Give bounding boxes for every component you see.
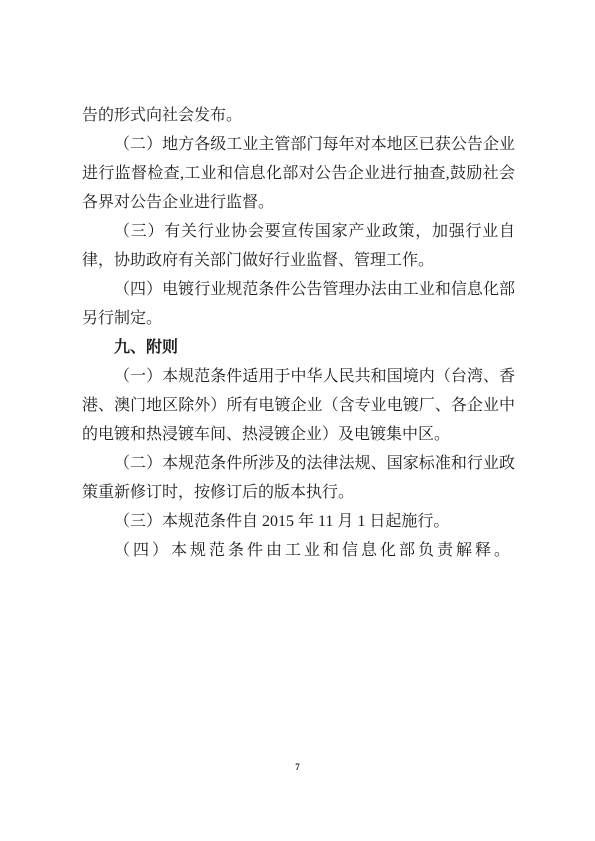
paragraph-appendix-item-3: （三）本规范条件自 2015 年 11 月 1 日起施行。 <box>82 507 515 536</box>
paragraph-appendix-item-1: （一）本规范条件适用于中华人民共和国境内（台湾、香港、澳门地区除外）所有电镀企业… <box>82 362 515 449</box>
paragraph-supervision-item-4: （四）电镀行业规范条件公告管理办法由工业和信息化部另行制定。 <box>82 275 515 333</box>
paragraph-appendix-item-2: （二）本规范条件所涉及的法律法规、国家标准和行业政策重新修订时，按修订后的版本执… <box>82 449 515 507</box>
section-heading-appendix: 九、附则 <box>82 333 515 362</box>
paragraph-appendix-item-4: （四）本规范条件由工业和信息化部负责解释。 <box>82 536 515 565</box>
paragraph-continuation: 告的形式向社会发布。 <box>82 101 515 130</box>
document-body: 告的形式向社会发布。 （二）地方各级工业主管部门每年对本地区已获公告企业进行监督… <box>82 101 515 565</box>
page-number: 7 <box>0 761 595 773</box>
paragraph-supervision-item-2: （二）地方各级工业主管部门每年对本地区已获公告企业进行监督检查,工业和信息化部对… <box>82 130 515 217</box>
paragraph-supervision-item-3: （三）有关行业协会要宣传国家产业政策，加强行业自律，协助政府有关部门做好行业监督… <box>82 217 515 275</box>
document-page: 告的形式向社会发布。 （二）地方各级工业主管部门每年对本地区已获公告企业进行监督… <box>0 0 595 841</box>
